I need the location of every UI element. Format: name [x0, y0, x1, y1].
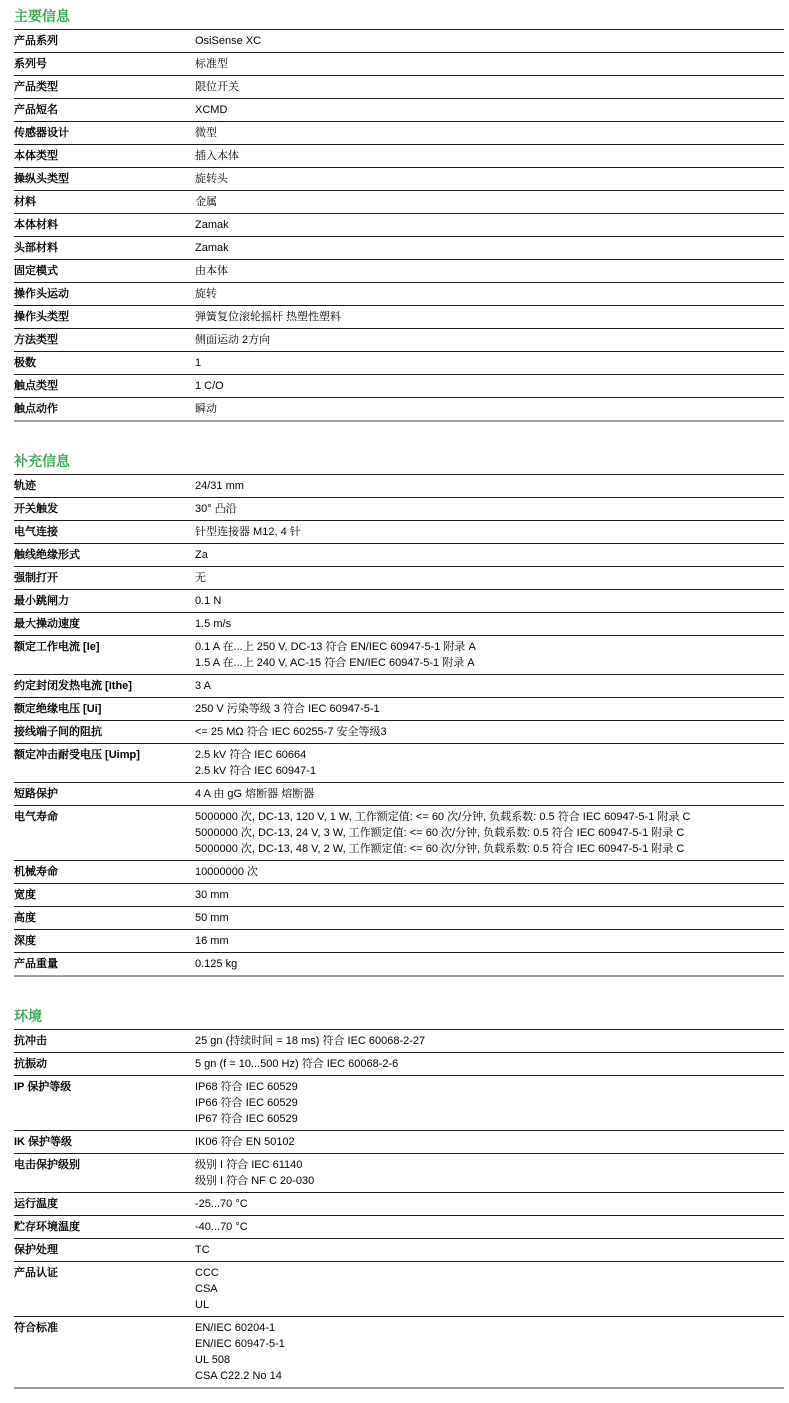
spec-row: 固定模式 由本体: [14, 259, 784, 282]
spec-row: 最大操动速度 1.5 m/s: [14, 612, 784, 635]
spec-value-line: 旋转头: [195, 171, 773, 187]
spec-label: 深度: [14, 933, 195, 949]
spec-value-line: CSA C22.2 No 14: [195, 1368, 773, 1384]
spec-value-line: UL 508: [195, 1352, 773, 1368]
spec-label: 产品类型: [14, 79, 195, 95]
spec-label: 抗冲击: [14, 1033, 195, 1049]
spec-row: 触点动作 瞬动: [14, 397, 784, 420]
spec-row: 开关触发 30° 凸沿: [14, 497, 784, 520]
spec-row: 产品短名 XCMD: [14, 98, 784, 121]
spec-row: 额定绝缘电压 [Ui] 250 V 污染等级 3 符合 IEC 60947-5-…: [14, 697, 784, 720]
spec-label: 最大操动速度: [14, 616, 195, 632]
spec-label: 开关触发: [14, 501, 195, 517]
spec-value-line: IP66 符合 IEC 60529: [195, 1095, 773, 1111]
spec-row: 运行温度 -25...70 °C: [14, 1192, 784, 1215]
spec-label: 极数: [14, 355, 195, 371]
spec-label: 操作头类型: [14, 309, 195, 325]
spec-row: 额定工作电流 [Ie] 0.1 A 在...上 250 V, DC-13 符合 …: [14, 635, 784, 674]
spec-label: 方法类型: [14, 332, 195, 348]
spec-value-line: TC: [195, 1242, 773, 1258]
spec-value: 10000000 次: [195, 864, 773, 880]
spec-row: 极数 1: [14, 351, 784, 374]
spec-sections: 主要信息 产品系列 OsiSense XC 系列号 标准型 产品类型 限位开关 …: [14, 8, 784, 1389]
spec-value-line: EN/IEC 60204-1: [195, 1320, 773, 1336]
spec-row: 电击保护级别 级别 I 符合 IEC 61140级别 I 符合 NF C 20-…: [14, 1153, 784, 1192]
spec-value-line: EN/IEC 60947-5-1: [195, 1336, 773, 1352]
spec-value: OsiSense XC: [195, 33, 773, 49]
spec-value-line: 侧面运动 2方向: [195, 332, 773, 348]
spec-section: 环境 抗冲击 25 gn (持续时间 = 18 ms) 符合 IEC 60068…: [14, 1008, 784, 1389]
spec-value: -40...70 °C: [195, 1219, 773, 1235]
spec-value-line: 5000000 次, DC-13, 24 V, 3 W, 工作额定值: <= 6…: [195, 825, 773, 841]
spec-value: TC: [195, 1242, 773, 1258]
spec-label: 系列号: [14, 56, 195, 72]
spec-value-line: 16 mm: [195, 933, 773, 949]
spec-value-line: 24/31 mm: [195, 478, 773, 494]
spec-value: 5 gn (f = 10...500 Hz) 符合 IEC 60068-2-6: [195, 1056, 773, 1072]
section-title: 环境: [14, 1008, 784, 1025]
spec-label: 轨迹: [14, 478, 195, 494]
spec-value-line: 0.125 kg: [195, 956, 773, 972]
spec-value: XCMD: [195, 102, 773, 118]
spec-value-line: 2.5 kV 符合 IEC 60947-1: [195, 763, 773, 779]
section-title: 补充信息: [14, 453, 784, 470]
spec-label: 触点类型: [14, 378, 195, 394]
spec-row: IP 保护等级 IP68 符合 IEC 60529IP66 符合 IEC 605…: [14, 1075, 784, 1130]
spec-value: EN/IEC 60204-1EN/IEC 60947-5-1UL 508CSA …: [195, 1320, 773, 1384]
spec-value-line: UL: [195, 1297, 773, 1313]
spec-row: 本体类型 插入本体: [14, 144, 784, 167]
spec-value-line: -40...70 °C: [195, 1219, 773, 1235]
spec-label: 最小跳闸力: [14, 593, 195, 609]
spec-row: 操纵头类型 旋转头: [14, 167, 784, 190]
spec-row: 贮存环境温度 -40...70 °C: [14, 1215, 784, 1238]
spec-label: 操作头运动: [14, 286, 195, 302]
spec-value: 2.5 kV 符合 IEC 606642.5 kV 符合 IEC 60947-1: [195, 747, 773, 779]
spec-row: 机械寿命 10000000 次: [14, 860, 784, 883]
spec-value-line: 旋转: [195, 286, 773, 302]
spec-value-line: 针型连接器 M12, 4 针: [195, 524, 773, 540]
spec-value: 金属: [195, 194, 773, 210]
spec-value-line: 1: [195, 355, 773, 371]
spec-value: -25...70 °C: [195, 1196, 773, 1212]
spec-row: 传感器设计 微型: [14, 121, 784, 144]
spec-value: 标准型: [195, 56, 773, 72]
spec-value-line: 金属: [195, 194, 773, 210]
spec-label: 额定绝缘电压 [Ui]: [14, 701, 195, 717]
spec-row: 保护处理 TC: [14, 1238, 784, 1261]
spec-value: 针型连接器 M12, 4 针: [195, 524, 773, 540]
spec-value: <= 25 MΩ 符合 IEC 60255-7 安全等级3: [195, 724, 773, 740]
spec-value: 30° 凸沿: [195, 501, 773, 517]
spec-row: 产品认证 CCCCSAUL: [14, 1261, 784, 1316]
spec-value: 25 gn (持续时间 = 18 ms) 符合 IEC 60068-2-27: [195, 1033, 773, 1049]
spec-label: 机械寿命: [14, 864, 195, 880]
spec-value: 级别 I 符合 IEC 61140级别 I 符合 NF C 20-030: [195, 1157, 773, 1189]
spec-value-line: 微型: [195, 125, 773, 141]
spec-value-line: 级别 I 符合 NF C 20-030: [195, 1173, 773, 1189]
spec-row: 接线端子间的阻抗 <= 25 MΩ 符合 IEC 60255-7 安全等级3: [14, 720, 784, 743]
spec-label: 产品认证: [14, 1265, 195, 1281]
spec-value-line: 250 V 污染等级 3 符合 IEC 60947-5-1: [195, 701, 773, 717]
spec-label: 产品短名: [14, 102, 195, 118]
spec-row: 材料 金属: [14, 190, 784, 213]
spec-value: 微型: [195, 125, 773, 141]
spec-row: 头部材料 Zamak: [14, 236, 784, 259]
spec-value: 旋转头: [195, 171, 773, 187]
spec-row: 短路保护 4 A 由 gG 熔断器 熔断器: [14, 782, 784, 805]
spec-value-line: 标准型: [195, 56, 773, 72]
spec-row: 抗振动 5 gn (f = 10...500 Hz) 符合 IEC 60068-…: [14, 1052, 784, 1075]
spec-value-line: 插入本体: [195, 148, 773, 164]
spec-row: 产品系列 OsiSense XC: [14, 29, 784, 52]
spec-value: 弹簧复位滚轮摇杆 热塑性塑料: [195, 309, 773, 325]
spec-label: 短路保护: [14, 786, 195, 802]
spec-value-line: Zamak: [195, 217, 773, 233]
spec-value: Zamak: [195, 217, 773, 233]
spec-section: 补充信息 轨迹 24/31 mm 开关触发 30° 凸沿 电气连接 针型连接器 …: [14, 453, 784, 977]
spec-value: 1: [195, 355, 773, 371]
spec-row: 产品重量 0.125 kg: [14, 952, 784, 975]
spec-label: 抗振动: [14, 1056, 195, 1072]
spec-value-line: -25...70 °C: [195, 1196, 773, 1212]
spec-section: 主要信息 产品系列 OsiSense XC 系列号 标准型 产品类型 限位开关 …: [14, 8, 784, 422]
spec-value: Zamak: [195, 240, 773, 256]
spec-label: 本体材料: [14, 217, 195, 233]
spec-value: 250 V 污染等级 3 符合 IEC 60947-5-1: [195, 701, 773, 717]
spec-label: 固定模式: [14, 263, 195, 279]
spec-value-line: 1.5 A 在...上 240 V, AC-15 符合 EN/IEC 60947…: [195, 655, 773, 671]
spec-row: 电气寿命 5000000 次, DC-13, 120 V, 1 W, 工作额定值…: [14, 805, 784, 860]
spec-label: 电气寿命: [14, 809, 195, 825]
spec-label: 运行温度: [14, 1196, 195, 1212]
spec-value-line: 1.5 m/s: [195, 616, 773, 632]
spec-value-line: <= 25 MΩ 符合 IEC 60255-7 安全等级3: [195, 724, 773, 740]
spec-value: 4 A 由 gG 熔断器 熔断器: [195, 786, 773, 802]
spec-value-line: 1 C/O: [195, 378, 773, 394]
spec-value-line: 10000000 次: [195, 864, 773, 880]
spec-value: 3 A: [195, 678, 773, 694]
spec-value-line: 50 mm: [195, 910, 773, 926]
spec-row: 操作头运动 旋转: [14, 282, 784, 305]
spec-row: 电气连接 针型连接器 M12, 4 针: [14, 520, 784, 543]
spec-row: 额定冲击耐受电压 [Uimp] 2.5 kV 符合 IEC 606642.5 k…: [14, 743, 784, 782]
spec-table: 产品系列 OsiSense XC 系列号 标准型 产品类型 限位开关 产品短名 …: [14, 29, 784, 422]
spec-value-line: 0.1 N: [195, 593, 773, 609]
spec-value: IK06 符合 EN 50102: [195, 1134, 773, 1150]
spec-row: 高度 50 mm: [14, 906, 784, 929]
spec-label: 材料: [14, 194, 195, 210]
spec-label: 触点动作: [14, 401, 195, 417]
spec-value-line: 0.1 A 在...上 250 V, DC-13 符合 EN/IEC 60947…: [195, 639, 773, 655]
spec-value-line: 5000000 次, DC-13, 120 V, 1 W, 工作额定值: <= …: [195, 809, 773, 825]
spec-label: 电气连接: [14, 524, 195, 540]
spec-row: 产品类型 限位开关: [14, 75, 784, 98]
spec-label: 产品系列: [14, 33, 195, 49]
spec-row: 宽度 30 mm: [14, 883, 784, 906]
spec-value-line: XCMD: [195, 102, 773, 118]
spec-row: 约定封闭发热电流 [Ithe] 3 A: [14, 674, 784, 697]
spec-value: 无: [195, 570, 773, 586]
spec-value-line: IP68 符合 IEC 60529: [195, 1079, 773, 1095]
spec-value-line: IP67 符合 IEC 60529: [195, 1111, 773, 1127]
spec-value-line: 5000000 次, DC-13, 48 V, 2 W, 工作额定值: <= 6…: [195, 841, 773, 857]
spec-label: 高度: [14, 910, 195, 926]
spec-label: 宽度: [14, 887, 195, 903]
spec-label: 保护处理: [14, 1242, 195, 1258]
spec-value-line: 2.5 kV 符合 IEC 60664: [195, 747, 773, 763]
spec-value-line: 由本体: [195, 263, 773, 279]
spec-row: 系列号 标准型: [14, 52, 784, 75]
spec-value: IP68 符合 IEC 60529IP66 符合 IEC 60529IP67 符…: [195, 1079, 773, 1127]
spec-value: 50 mm: [195, 910, 773, 926]
spec-value-line: Za: [195, 547, 773, 563]
spec-value: 限位开关: [195, 79, 773, 95]
spec-row: 本体材料 Zamak: [14, 213, 784, 236]
spec-label: IK 保护等级: [14, 1134, 195, 1150]
spec-label: 头部材料: [14, 240, 195, 256]
spec-value-line: 4 A 由 gG 熔断器 熔断器: [195, 786, 773, 802]
spec-label: 接线端子间的阻抗: [14, 724, 195, 740]
spec-value: 瞬动: [195, 401, 773, 417]
spec-label: 强制打开: [14, 570, 195, 586]
spec-value: CCCCSAUL: [195, 1265, 773, 1313]
spec-value-line: 3 A: [195, 678, 773, 694]
spec-value: 0.1 N: [195, 593, 773, 609]
spec-value: 侧面运动 2方向: [195, 332, 773, 348]
spec-row: 方法类型 侧面运动 2方向: [14, 328, 784, 351]
spec-value-line: 级别 I 符合 IEC 61140: [195, 1157, 773, 1173]
spec-value-line: 30 mm: [195, 887, 773, 903]
spec-row: 轨迹 24/31 mm: [14, 474, 784, 497]
spec-value: 0.125 kg: [195, 956, 773, 972]
spec-row: 操作头类型 弹簧复位滚轮摇杆 热塑性塑料: [14, 305, 784, 328]
spec-label: 触线绝缘形式: [14, 547, 195, 563]
spec-table: 抗冲击 25 gn (持续时间 = 18 ms) 符合 IEC 60068-2-…: [14, 1029, 784, 1389]
spec-value-line: 无: [195, 570, 773, 586]
spec-value-line: 25 gn (持续时间 = 18 ms) 符合 IEC 60068-2-27: [195, 1033, 773, 1049]
spec-value: 24/31 mm: [195, 478, 773, 494]
section-title: 主要信息: [14, 8, 784, 25]
spec-value: 1 C/O: [195, 378, 773, 394]
spec-row: 深度 16 mm: [14, 929, 784, 952]
spec-label: 本体类型: [14, 148, 195, 164]
spec-label: 贮存环境温度: [14, 1219, 195, 1235]
spec-value: 1.5 m/s: [195, 616, 773, 632]
spec-label: 传感器设计: [14, 125, 195, 141]
spec-value-line: IK06 符合 EN 50102: [195, 1134, 773, 1150]
spec-row: 符合标准 EN/IEC 60204-1EN/IEC 60947-5-1UL 50…: [14, 1316, 784, 1387]
spec-row: 触点类型 1 C/O: [14, 374, 784, 397]
spec-value: 插入本体: [195, 148, 773, 164]
spec-row: 最小跳闸力 0.1 N: [14, 589, 784, 612]
spec-row: 触线绝缘形式 Za: [14, 543, 784, 566]
spec-label: 符合标准: [14, 1320, 195, 1336]
spec-label: IP 保护等级: [14, 1079, 195, 1095]
spec-label: 额定冲击耐受电压 [Uimp]: [14, 747, 195, 763]
spec-label: 电击保护级别: [14, 1157, 195, 1173]
spec-value-line: CCC: [195, 1265, 773, 1281]
datasheet-page: 主要信息 产品系列 OsiSense XC 系列号 标准型 产品类型 限位开关 …: [0, 0, 789, 1403]
spec-value: 16 mm: [195, 933, 773, 949]
spec-value: 30 mm: [195, 887, 773, 903]
spec-value: 由本体: [195, 263, 773, 279]
spec-value: 旋转: [195, 286, 773, 302]
spec-value: 0.1 A 在...上 250 V, DC-13 符合 EN/IEC 60947…: [195, 639, 773, 671]
spec-value-line: 瞬动: [195, 401, 773, 417]
spec-value-line: 30° 凸沿: [195, 501, 773, 517]
spec-table: 轨迹 24/31 mm 开关触发 30° 凸沿 电气连接 针型连接器 M12, …: [14, 474, 784, 977]
spec-value-line: 限位开关: [195, 79, 773, 95]
spec-value: Za: [195, 547, 773, 563]
spec-row: 抗冲击 25 gn (持续时间 = 18 ms) 符合 IEC 60068-2-…: [14, 1029, 784, 1052]
spec-label: 额定工作电流 [Ie]: [14, 639, 195, 655]
spec-value-line: OsiSense XC: [195, 33, 773, 49]
spec-row: IK 保护等级 IK06 符合 EN 50102: [14, 1130, 784, 1153]
spec-value-line: 5 gn (f = 10...500 Hz) 符合 IEC 60068-2-6: [195, 1056, 773, 1072]
spec-label: 产品重量: [14, 956, 195, 972]
spec-value-line: CSA: [195, 1281, 773, 1297]
spec-value: 5000000 次, DC-13, 120 V, 1 W, 工作额定值: <= …: [195, 809, 773, 857]
spec-value-line: 弹簧复位滚轮摇杆 热塑性塑料: [195, 309, 773, 325]
spec-row: 强制打开 无: [14, 566, 784, 589]
spec-label: 操纵头类型: [14, 171, 195, 187]
spec-value-line: Zamak: [195, 240, 773, 256]
spec-label: 约定封闭发热电流 [Ithe]: [14, 678, 195, 694]
